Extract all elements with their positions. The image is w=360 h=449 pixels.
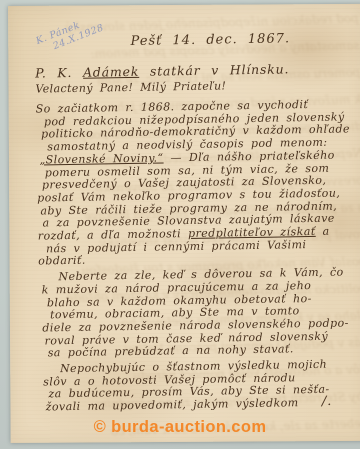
handwritten-line: žovali ma upovedomiť, jakým výsledkom: [41, 396, 360, 414]
paragraph-1: So začiatkom r. 1868. započne sa vychodi…: [36, 98, 359, 268]
addressee-suffix: statkár v Hlínsku.: [139, 61, 289, 78]
addressee-name-underlined: Adámek: [83, 64, 139, 80]
paragraph-2: Neberte za zle, keď s dôverou sa k Vám, …: [38, 266, 359, 360]
letter-sheet: pod redakciou nižepodpísaného jeden slov…: [8, 4, 360, 443]
auction-photo: pod redakciou nižepodpísaného jeden slov…: [0, 0, 360, 449]
paragraph-3: Nepochybujúc o šťastnom výsledku mojich …: [40, 358, 360, 414]
dateline: Pešť 14. dec. 1867.: [130, 30, 354, 49]
signature-mark: /.: [322, 394, 333, 409]
letter-content: Pešť 14. dec. 1867. P. K. Adámek statkár…: [8, 0, 360, 443]
salutation: Velactený Pane! Milý Priateľu!: [35, 77, 355, 95]
addressee-prefix: P. K.: [35, 65, 83, 81]
